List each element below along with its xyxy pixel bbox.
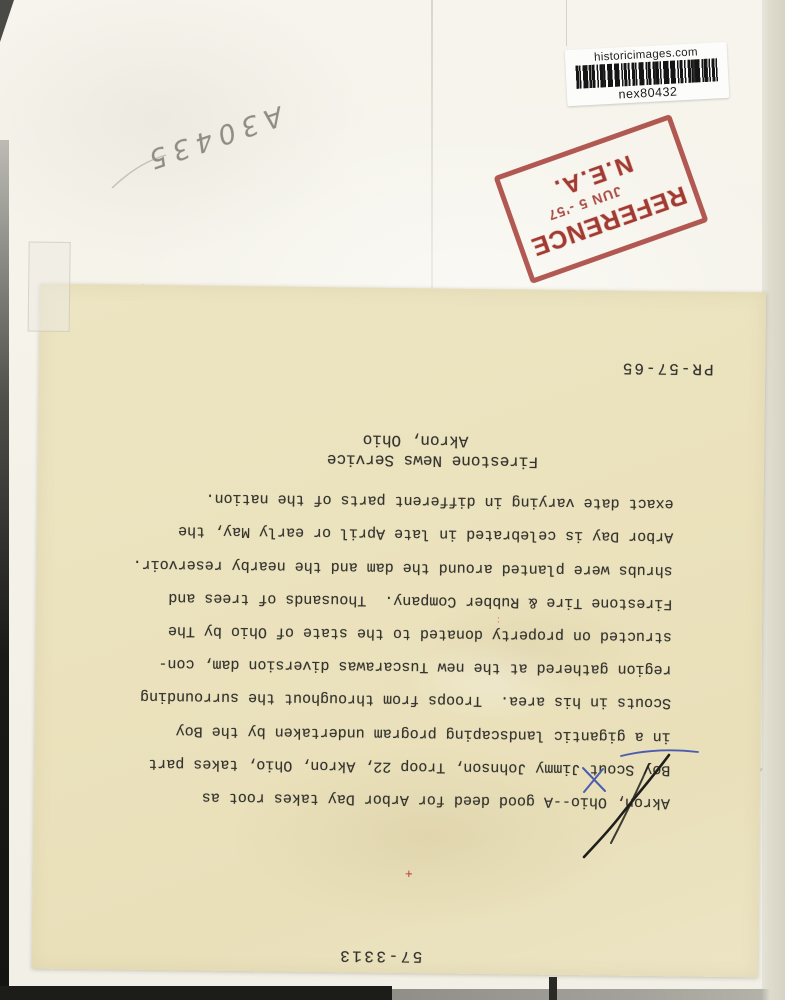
caption-line: exact date varying in different parts of… [137, 481, 673, 521]
caption-line: Scouts in his area. Troops from througho… [135, 680, 671, 720]
tape-remnant [28, 241, 71, 332]
agency-block: Firestone News Service Akron, Ohio [302, 427, 538, 472]
sticker-code-label: nex80432 [618, 84, 678, 101]
agency-city: Akron, Ohio [302, 429, 468, 451]
caption-line: Firestone Tire & Rubber Company. Thousan… [136, 580, 672, 620]
paper-crease [431, 0, 433, 292]
photo-right-edge-band [762, 0, 785, 1000]
file-number: PR-57-65 [619, 355, 715, 378]
reference-stamp: REFERENCE JUN 5 -'57 N.E.A. [493, 114, 708, 284]
photo-back-scan: historicimages.com nex80432 REFERENCE JU… [0, 0, 785, 1000]
caption-paragraph: Akron, Ohio--A good deed for Arbor Day t… [134, 481, 674, 820]
caption-line: Akron, Ohio--A good deed for Arbor Day t… [134, 780, 670, 820]
caption-sheet: PR-57-65 Firestone News Service Akron, O… [32, 284, 766, 978]
caption-line: Arbor Day is celebrated in late April or… [137, 514, 673, 554]
photo-bottom-edge-shadow [0, 986, 392, 1000]
photo-top-left-corner-shadow [0, 0, 14, 42]
red-ink-speck: : [497, 614, 500, 624]
red-pen-plus-mark: + [405, 866, 413, 881]
paper-crease [566, 0, 567, 46]
photo-left-edge-shadow [0, 140, 9, 1000]
agency-name: Firestone News Service [302, 449, 538, 472]
handwritten-archive-number: A30435 [125, 84, 295, 179]
caption-line: structed on property donated to the stat… [136, 614, 672, 654]
caption-line: in a gigantic landscaping program undert… [135, 713, 671, 753]
barcode-sticker: historicimages.com nex80432 [565, 42, 730, 106]
photo-bottom-edge-notch [549, 977, 557, 1000]
caption-line: region gathered at the new Tuscarawas di… [135, 647, 671, 687]
caption-line: Boy Scout Jimmy Johnson, Troop 22, Akron… [134, 746, 670, 786]
caption-line: shrubs were planted around the dam and t… [137, 547, 673, 587]
photo-number: 57-3313 [332, 942, 428, 965]
photo-bottom-edge-gray [392, 989, 785, 1000]
